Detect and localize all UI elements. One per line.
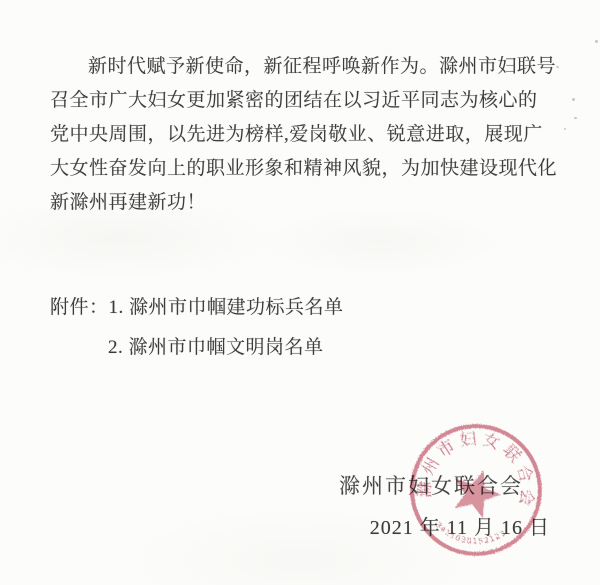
seal-star: [446, 462, 507, 521]
paragraph-line-2: 召全市广大妇女更加紧密的团结在以习近平同志为核心的: [50, 84, 557, 118]
scan-speck: [574, 117, 577, 119]
attachments-section: 附件： 1. 滁州市巾帼建功标兵名单 2. 滁州市巾帼文明岗名单: [50, 288, 344, 368]
attachment-row-1: 附件： 1. 滁州市巾帼建功标兵名单: [50, 288, 344, 328]
paragraph-line-4: 大女性奋发向上的职业形象和精神风貌，为加快建设现代化: [50, 152, 557, 186]
paragraph-line-1: 新时代赋予新使命，新征程呼唤新作为。滁州市妇联号: [50, 50, 557, 84]
document-page: 新时代赋予新使命，新征程呼唤新作为。滁州市妇联号 召全市广大妇女更加紧密的团结在…: [0, 0, 600, 585]
attachment-item-2: 2. 滁州市巾帼文明岗名单: [108, 328, 324, 368]
attachments-label: 附件：: [50, 288, 109, 328]
scan-speck: [595, 40, 598, 43]
attachment-indent-spacer: [50, 328, 108, 368]
attachment-row-2: 2. 滁州市巾帼文明岗名单: [50, 328, 344, 368]
paragraph-line-5: 新滁州再建新功！: [50, 186, 557, 220]
official-seal: 滁州市妇女联合会 3411030152123: [397, 411, 555, 569]
scan-speck: [564, 128, 566, 130]
scan-speck: [572, 98, 575, 101]
attachment-item-1: 1. 滁州市巾帼建功标兵名单: [109, 288, 344, 328]
paragraph-line-3: 党中央周围，以先进为榜样,爱岗敬业、锐意进取，展现广: [50, 118, 557, 152]
body-paragraph: 新时代赋予新使命，新征程呼唤新作为。滁州市妇联号 召全市广大妇女更加紧密的团结在…: [50, 50, 557, 220]
